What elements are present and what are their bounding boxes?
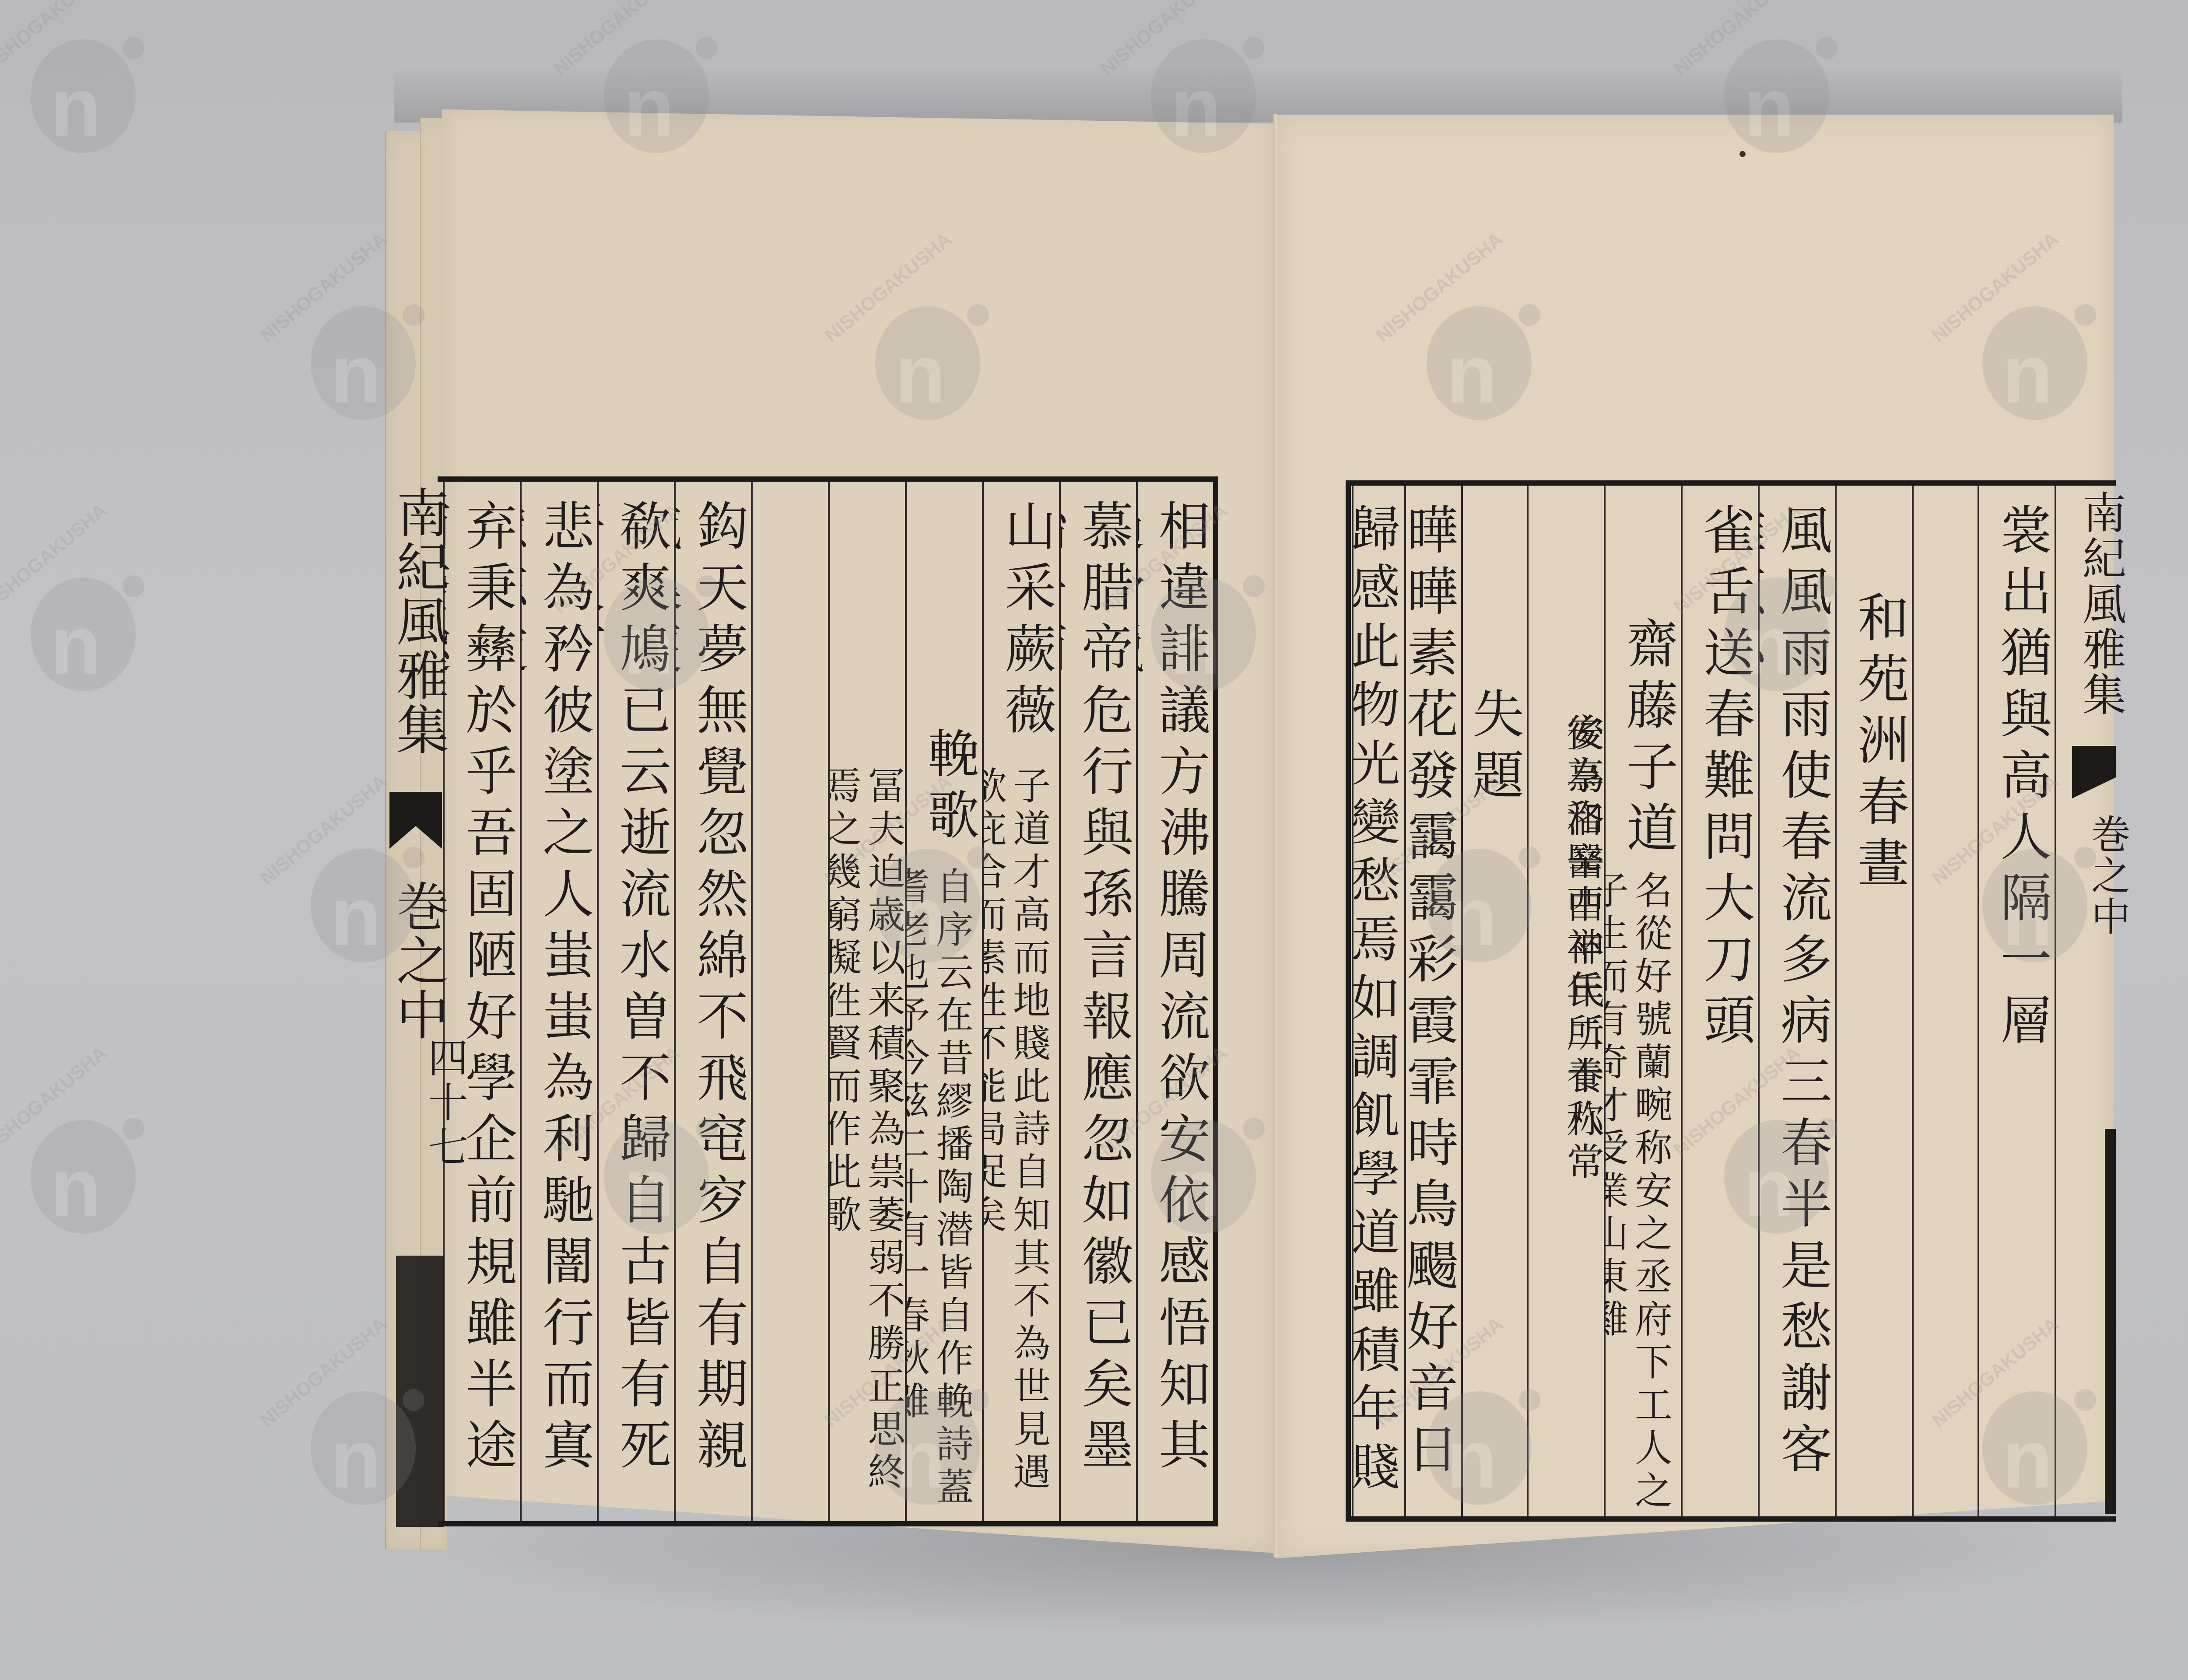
watermark-logo: n NISHOGAKUSHA — [582, 551, 726, 696]
watermark-logo: n NISHOGAKUSHA — [1129, 13, 1273, 157]
watermark-logo: n NISHOGAKUSHA — [582, 1094, 726, 1238]
right-col-10: 歸感此物光變愁焉如調飢學道雖積年賤陋世 — [1352, 486, 1404, 1516]
watermark-logo: n NISHOGAKUSHA — [1129, 551, 1273, 696]
watermark-logo: n NISHOGAKUSHA — [1129, 1094, 1273, 1238]
watermark-logo: n NISHOGAKUSHA — [853, 280, 998, 424]
watermark-logo: n NISHOGAKUSHA — [1405, 1365, 1549, 1509]
right-lower-black-block — [2105, 1129, 2116, 1514]
watermark-logo: n NISHOGAKUSHA — [289, 822, 433, 967]
watermark-logo: n NISHOGAKUSHA — [9, 1094, 153, 1238]
watermark-logo: n NISHOGAKUSHA — [1405, 822, 1549, 967]
left-col-10: 弃秉彝於乎吾固陋好學企前規雖半途而廢遂 — [443, 482, 520, 1521]
watermark-logo: n NISHOGAKUSHA — [289, 1365, 433, 1509]
watermark-logo: n NISHOGAKUSHA — [853, 822, 998, 967]
watermark-logo: n NISHOGAKUSHA — [1960, 280, 2105, 424]
right-col-6-note: 名從好號蘭畹称安之丞府下工人之子生而有奇才受業山東雞 — [1604, 486, 1681, 1516]
right-col-8: 失題 — [1461, 486, 1527, 1516]
watermark-logo: n NISHOGAKUSHA — [1702, 551, 1847, 696]
right-col-7-note-b: 安享和辛酉卒年二十八 — [1560, 486, 1604, 1516]
left-col-6-bleedthrough — [751, 482, 828, 1521]
watermark-logo: n NISHOGAKUSHA — [1405, 280, 1549, 424]
watermark-logo: n NISHOGAKUSHA — [1960, 1365, 2105, 1509]
watermark-logo: n NISHOGAKUSHA — [853, 1365, 998, 1509]
watermark-logo: n NISHOGAKUSHA — [1702, 13, 1847, 157]
left-col-2: 慕腊帝危行與孫言報應忽如徽已矣墨胎子西 — [1059, 482, 1136, 1521]
right-col-2-bleedthrough — [1912, 486, 1978, 1516]
watermark-logo: n NISHOGAKUSHA — [582, 13, 726, 157]
watermark-logo: n NISHOGAKUSHA — [9, 13, 153, 157]
watermark-logo: n NISHOGAKUSHA — [289, 280, 433, 424]
left-margin-book-title: 南紀風雅集 — [389, 486, 446, 757]
watermark-logo: n NISHOGAKUSHA — [1702, 1094, 1847, 1238]
right-margin-book-title: 南紀風雅集 — [2072, 490, 2129, 717]
watermark-logo: n NISHOGAKUSHA — [9, 551, 153, 696]
book-gutter — [1273, 114, 1277, 1557]
left-text-frame: 相違誹議方沸騰周流欲安依感悟知其過滑䜲 慕腊帝危行與孫言報應忽如徽已矣墨胎子西 … — [438, 476, 1218, 1526]
watermark-logo: n NISHOGAKUSHA — [1960, 822, 2105, 967]
left-page-number: 四十七 — [416, 1037, 473, 1171]
